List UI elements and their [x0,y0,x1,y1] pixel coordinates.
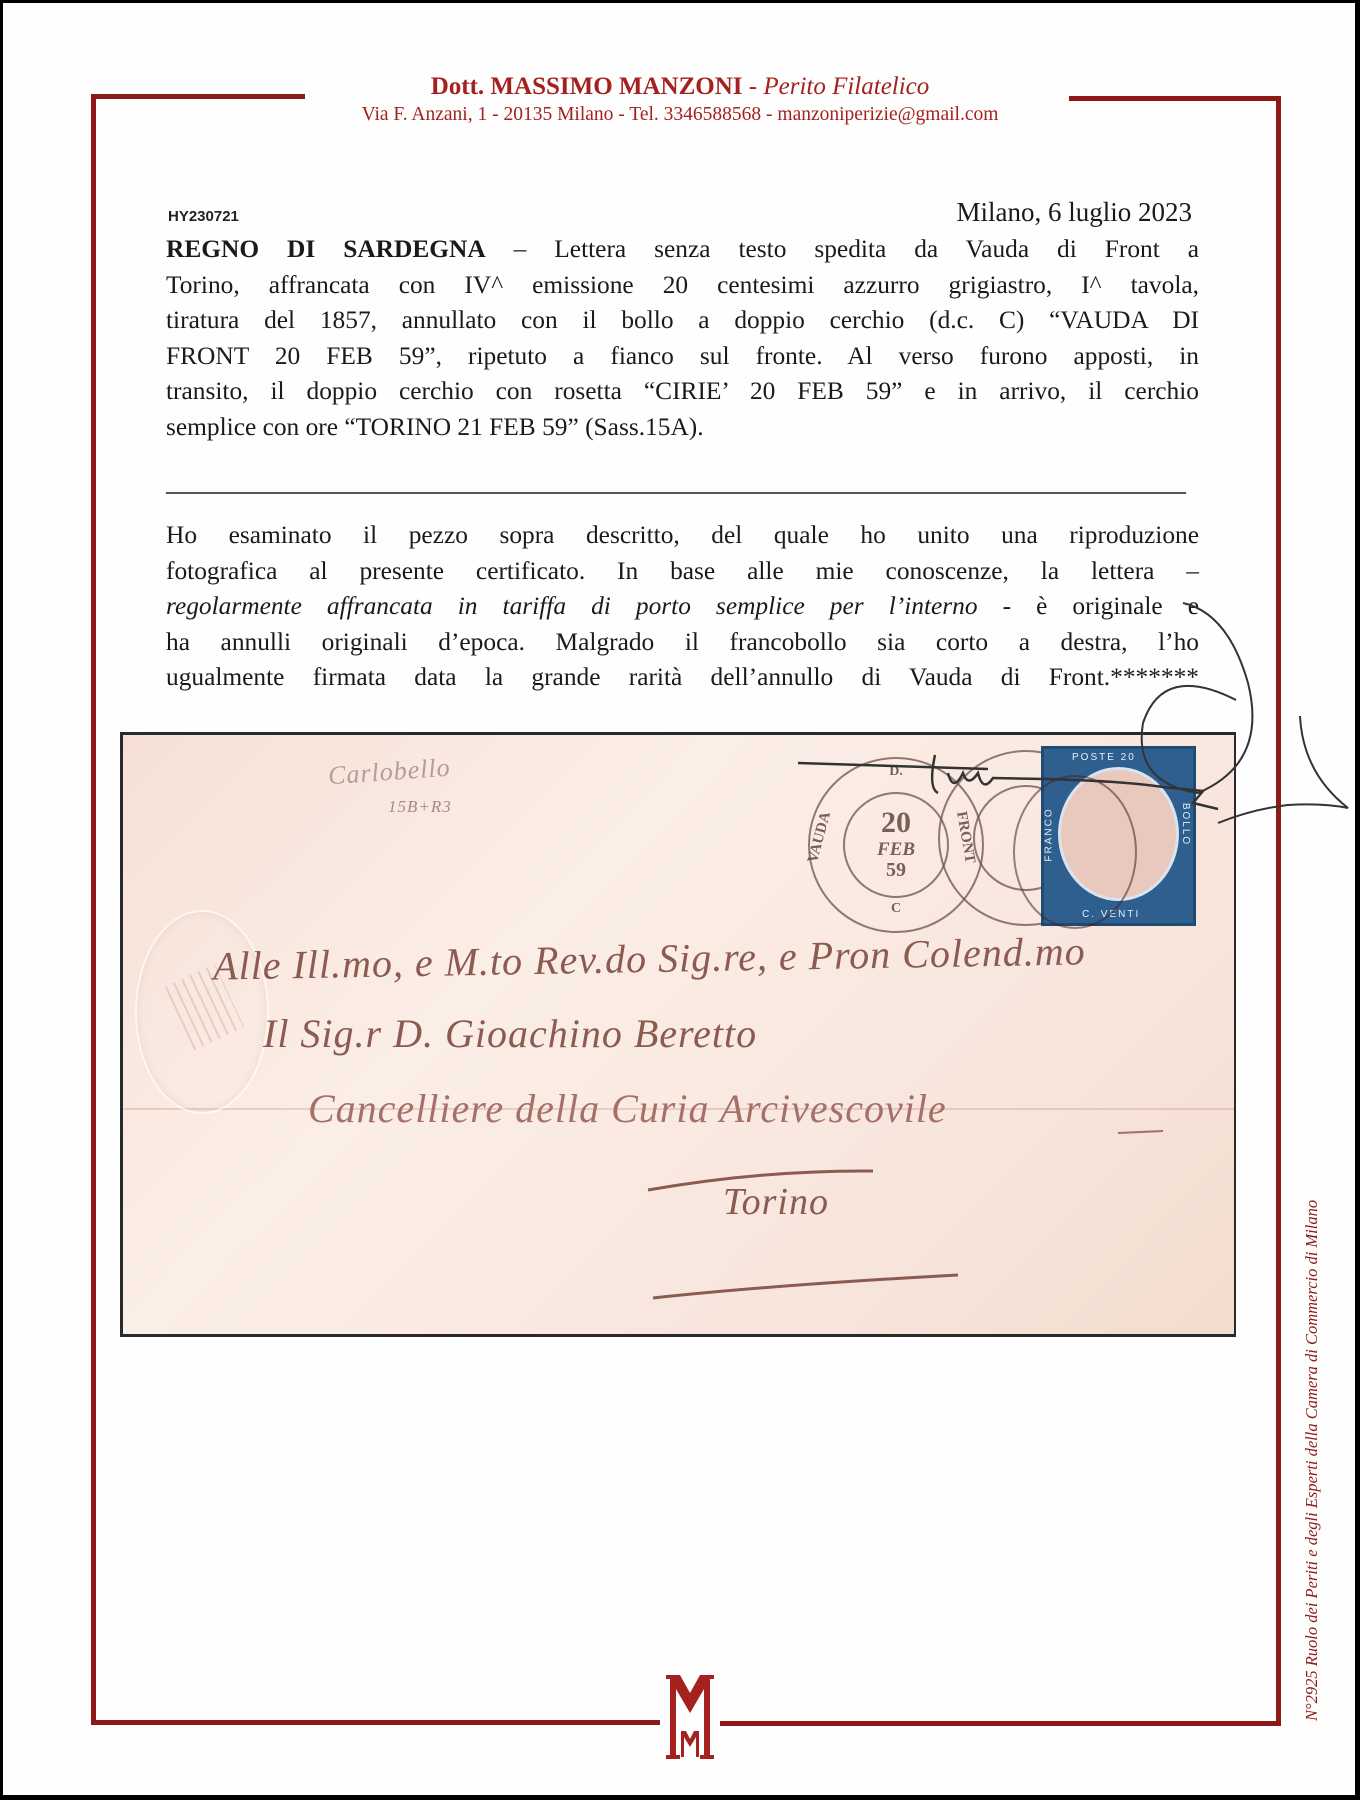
examination-paragraph: Ho esaminato il pezzo sopra descritto, d… [166,518,1199,696]
examination-italic: regolarmente affrancata in tariffa di po… [166,592,978,620]
examination-line: ha annulli originali d’epoca. Malgrado i… [166,625,1199,661]
examination-line: regolarmente affrancata in tariffa di po… [166,589,1199,625]
handwriting-flourishes [123,735,1234,1335]
certificate-date: Milano, 6 luglio 2023 [957,197,1193,228]
description-line: FRONT 20 FEB 59”, ripetuto a fianco sul … [166,339,1199,375]
description-line: tiratura del 1857, annullato con il boll… [166,303,1199,339]
header-separator: - [743,73,764,100]
frame-bottom-right [720,1721,1281,1726]
section-divider [166,492,1186,494]
examination-line: ugualmente firmata data la grande rarità… [166,660,1199,696]
frame-right [1276,96,1281,1726]
description-paragraph: REGNO DI SARDEGNA – Lettera senza testo … [166,232,1199,445]
expert-name: Dott. MASSIMO MANZONI [431,73,743,100]
frame-bottom-left [91,1720,660,1725]
frame-left [91,94,96,1724]
description-line: semplice con ore “TORINO 21 FEB 59” (Sas… [166,410,1199,446]
registry-note: N°2925 Ruolo dei Periti e degli Esperti … [1302,1200,1322,1721]
description-line: Torino, affrancata con IV^ emissione 20 … [166,268,1199,304]
certificate-page: Dott. MASSIMO MANZONI - Perito Filatelic… [3,3,1355,1795]
expert-header: Dott. MASSIMO MANZONI - Perito Filatelic… [3,73,1357,101]
examination-line: Ho esaminato il pezzo sopra descritto, d… [166,518,1199,554]
letter-photo: Carlobello 15B+R3 20 FEB 59 C D. VAUDA F… [120,732,1236,1337]
examination-line: fotografica al presente certificato. In … [166,554,1199,590]
description-title: REGNO DI SARDEGNA [166,235,486,263]
expert-role: Perito Filatelico [763,73,929,100]
expert-address: Via F. Anzani, 1 - 20135 Milano - Tel. 3… [3,104,1357,126]
description-line: REGNO DI SARDEGNA – Lettera senza testo … [166,232,1199,268]
mm-monogram-logo [662,1671,718,1763]
certificate-id: HY230721 [168,208,239,225]
description-line: transito, il doppio cerchio con rosetta … [166,374,1199,410]
